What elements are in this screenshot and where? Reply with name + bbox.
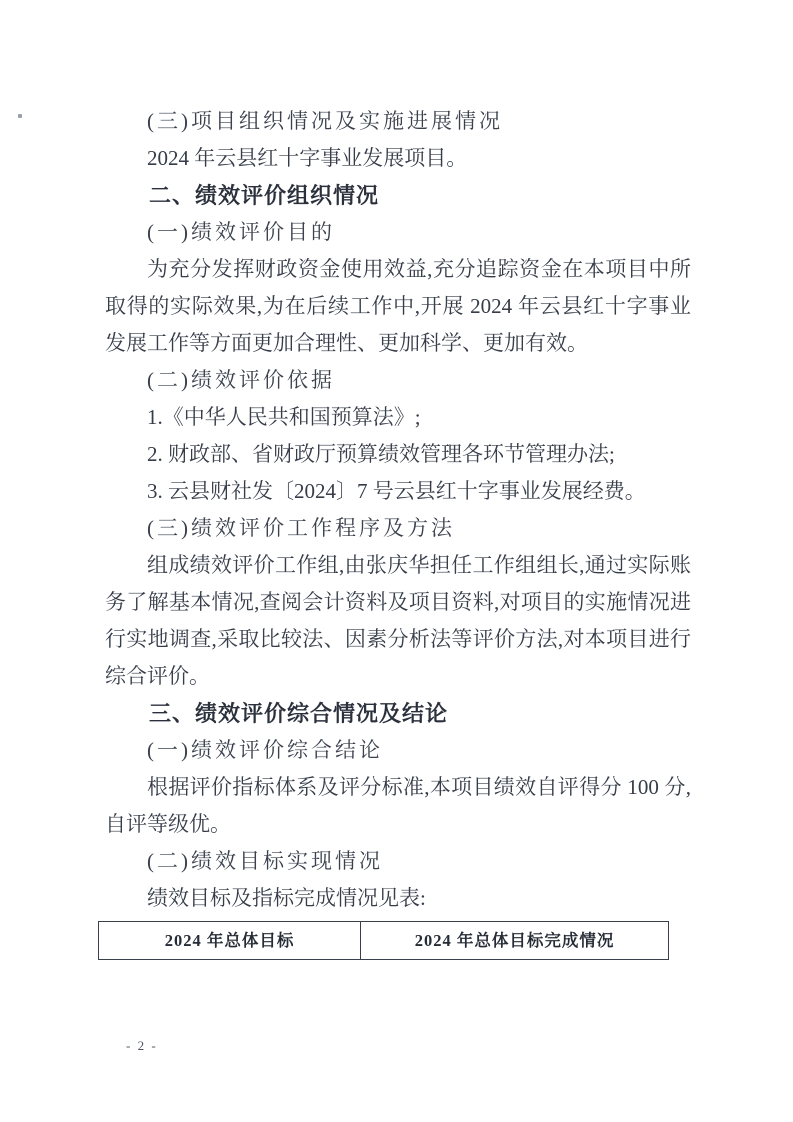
paragraph-table-lead-in: 绩效目标及指标完成情况见表: bbox=[105, 880, 691, 917]
paragraph-work-procedure: 组成绩效评价工作组,由张庆华担任工作组组长,通过实际账务了解基本情况,查阅会计资… bbox=[105, 547, 691, 695]
list-item-basis-3: 3. 云县财社发〔2024〕7 号云县红十字事业发展经费。 bbox=[105, 473, 691, 510]
paragraph-project-name: 2024 年云县红十字事业发展项目。 bbox=[105, 140, 691, 177]
list-item-basis-2: 2. 财政部、省财政厅预算绩效管理各环节管理办法; bbox=[105, 436, 691, 473]
section-heading-evaluation-organization: 二、绩效评价组织情况 bbox=[105, 177, 691, 214]
table-header-goal-completion-status: 2024 年总体目标完成情况 bbox=[361, 922, 669, 960]
page-number: - 2 - bbox=[126, 1038, 158, 1054]
subsection-heading-goal-achievement: (二)绩效目标实现情况 bbox=[105, 843, 691, 880]
scan-artifact-dot bbox=[18, 114, 22, 118]
table-header-overall-goal: 2024 年总体目标 bbox=[99, 922, 361, 960]
list-item-basis-1: 1.《中华人民共和国预算法》; bbox=[105, 399, 691, 436]
section-heading-evaluation-conclusion: 三、绩效评价综合情况及结论 bbox=[105, 695, 691, 732]
paragraph-self-evaluation-score: 根据评价指标体系及评分标准,本项目绩效自评得分 100 分,自评等级优。 bbox=[105, 769, 691, 843]
subsection-heading-overall-conclusion: (一)绩效评价综合结论 bbox=[105, 732, 691, 769]
table-header-row: 2024 年总体目标 2024 年总体目标完成情况 bbox=[99, 922, 669, 960]
document-body: (三)项目组织情况及实施进展情况 2024 年云县红十字事业发展项目。 二、绩效… bbox=[105, 103, 691, 960]
subsection-heading-evaluation-basis: (二)绩效评价依据 bbox=[105, 362, 691, 399]
paragraph-evaluation-purpose: 为充分发挥财政资金使用效益,充分追踪资金在本项目中所取得的实际效果,为在后续工作… bbox=[105, 251, 691, 362]
document-page: (三)项目组织情况及实施进展情况 2024 年云县红十字事业发展项目。 二、绩效… bbox=[0, 0, 793, 1122]
subsection-heading-evaluation-purpose: (一)绩效评价目的 bbox=[105, 214, 691, 251]
goal-completion-table: 2024 年总体目标 2024 年总体目标完成情况 bbox=[98, 921, 669, 960]
subsection-heading-project-organization: (三)项目组织情况及实施进展情况 bbox=[105, 103, 691, 140]
subsection-heading-work-procedure: (三)绩效评价工作程序及方法 bbox=[105, 510, 691, 547]
